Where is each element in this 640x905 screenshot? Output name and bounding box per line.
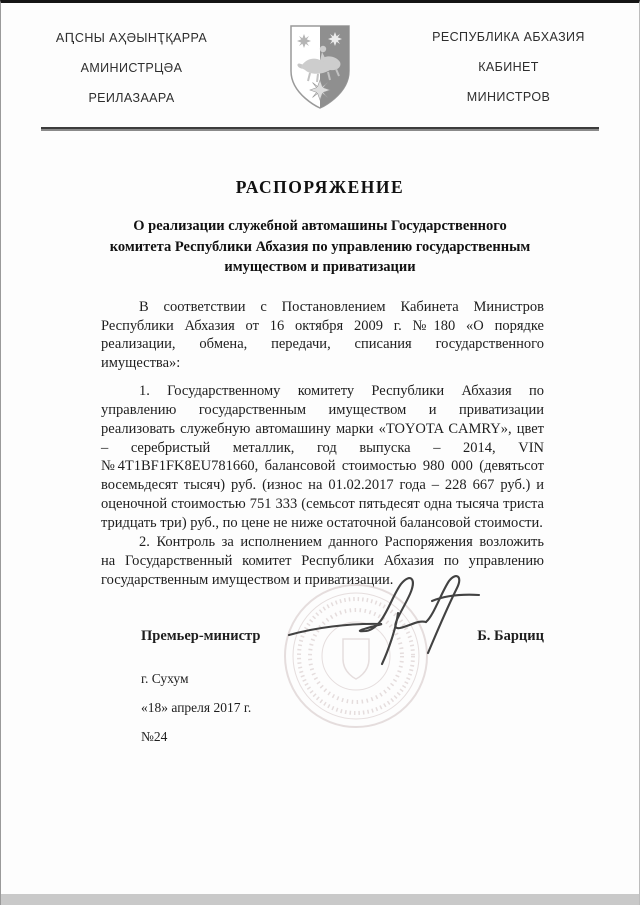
letterhead-left-line-2: АМИНИСТРЦӘА <box>19 61 244 75</box>
small-star-left <box>297 34 311 48</box>
letterhead-right-line-3: МИНИСТРОВ <box>396 90 621 104</box>
document-footer: г. Сухум «18» апреля 2017 г. №24 <box>141 671 544 745</box>
paragraph-item-1: 1. Государственному комитету Республики … <box>101 382 544 533</box>
emblem-container <box>244 19 396 111</box>
document-title: РАСПОРЯЖЕНИЕ <box>1 177 639 198</box>
letterhead-left-column: АԤСНЫ АҲӘЫНҬҚАРРА АМИНИСТРЦӘА РЕИЛАЗААРА <box>19 19 244 121</box>
handwritten-signature <box>286 569 486 669</box>
letterhead: АԤСНЫ АҲӘЫНҬҚАРРА АМИНИСТРЦӘА РЕИЛАЗААРА <box>1 3 639 121</box>
footer-city: г. Сухум <box>141 671 544 687</box>
footer-date: «18» апреля 2017 г. <box>141 700 544 716</box>
scan-edge-artifact <box>1 894 639 905</box>
letterhead-left-line-3: РЕИЛАЗААРА <box>19 91 244 105</box>
paragraph-intro: В соответствии с Постановлением Кабинета… <box>101 298 544 373</box>
signature-block: Премьер-министр Б. Барциц <box>101 619 544 645</box>
big-star-bottom <box>310 80 330 100</box>
abkhazia-coat-of-arms-icon <box>288 23 352 111</box>
letterhead-left-line-1: АԤСНЫ АҲӘЫНҬҚАРРА <box>19 30 244 45</box>
letterhead-divider-rule <box>41 127 599 131</box>
letterhead-right-line-1: РЕСПУБЛИКА АБХАЗИЯ <box>396 30 621 44</box>
small-star-right <box>328 32 342 46</box>
scanned-document-page: АԤСНЫ АҲӘЫНҬҚАРРА АМИНИСТРЦӘА РЕИЛАЗААРА <box>0 0 640 905</box>
document-body: В соответствии с Постановлением Кабинета… <box>101 298 544 590</box>
signer-post-label: Премьер-министр <box>101 628 260 645</box>
footer-number: №24 <box>141 729 544 745</box>
signer-name-label: Б. Барциц <box>477 628 544 645</box>
document-subject: О реализации служебной автомашины Госуда… <box>105 216 535 278</box>
letterhead-right-line-2: КАБИНЕТ <box>396 60 621 74</box>
letterhead-right-column: РЕСПУБЛИКА АБХАЗИЯ КАБИНЕТ МИНИСТРОВ <box>396 19 621 120</box>
